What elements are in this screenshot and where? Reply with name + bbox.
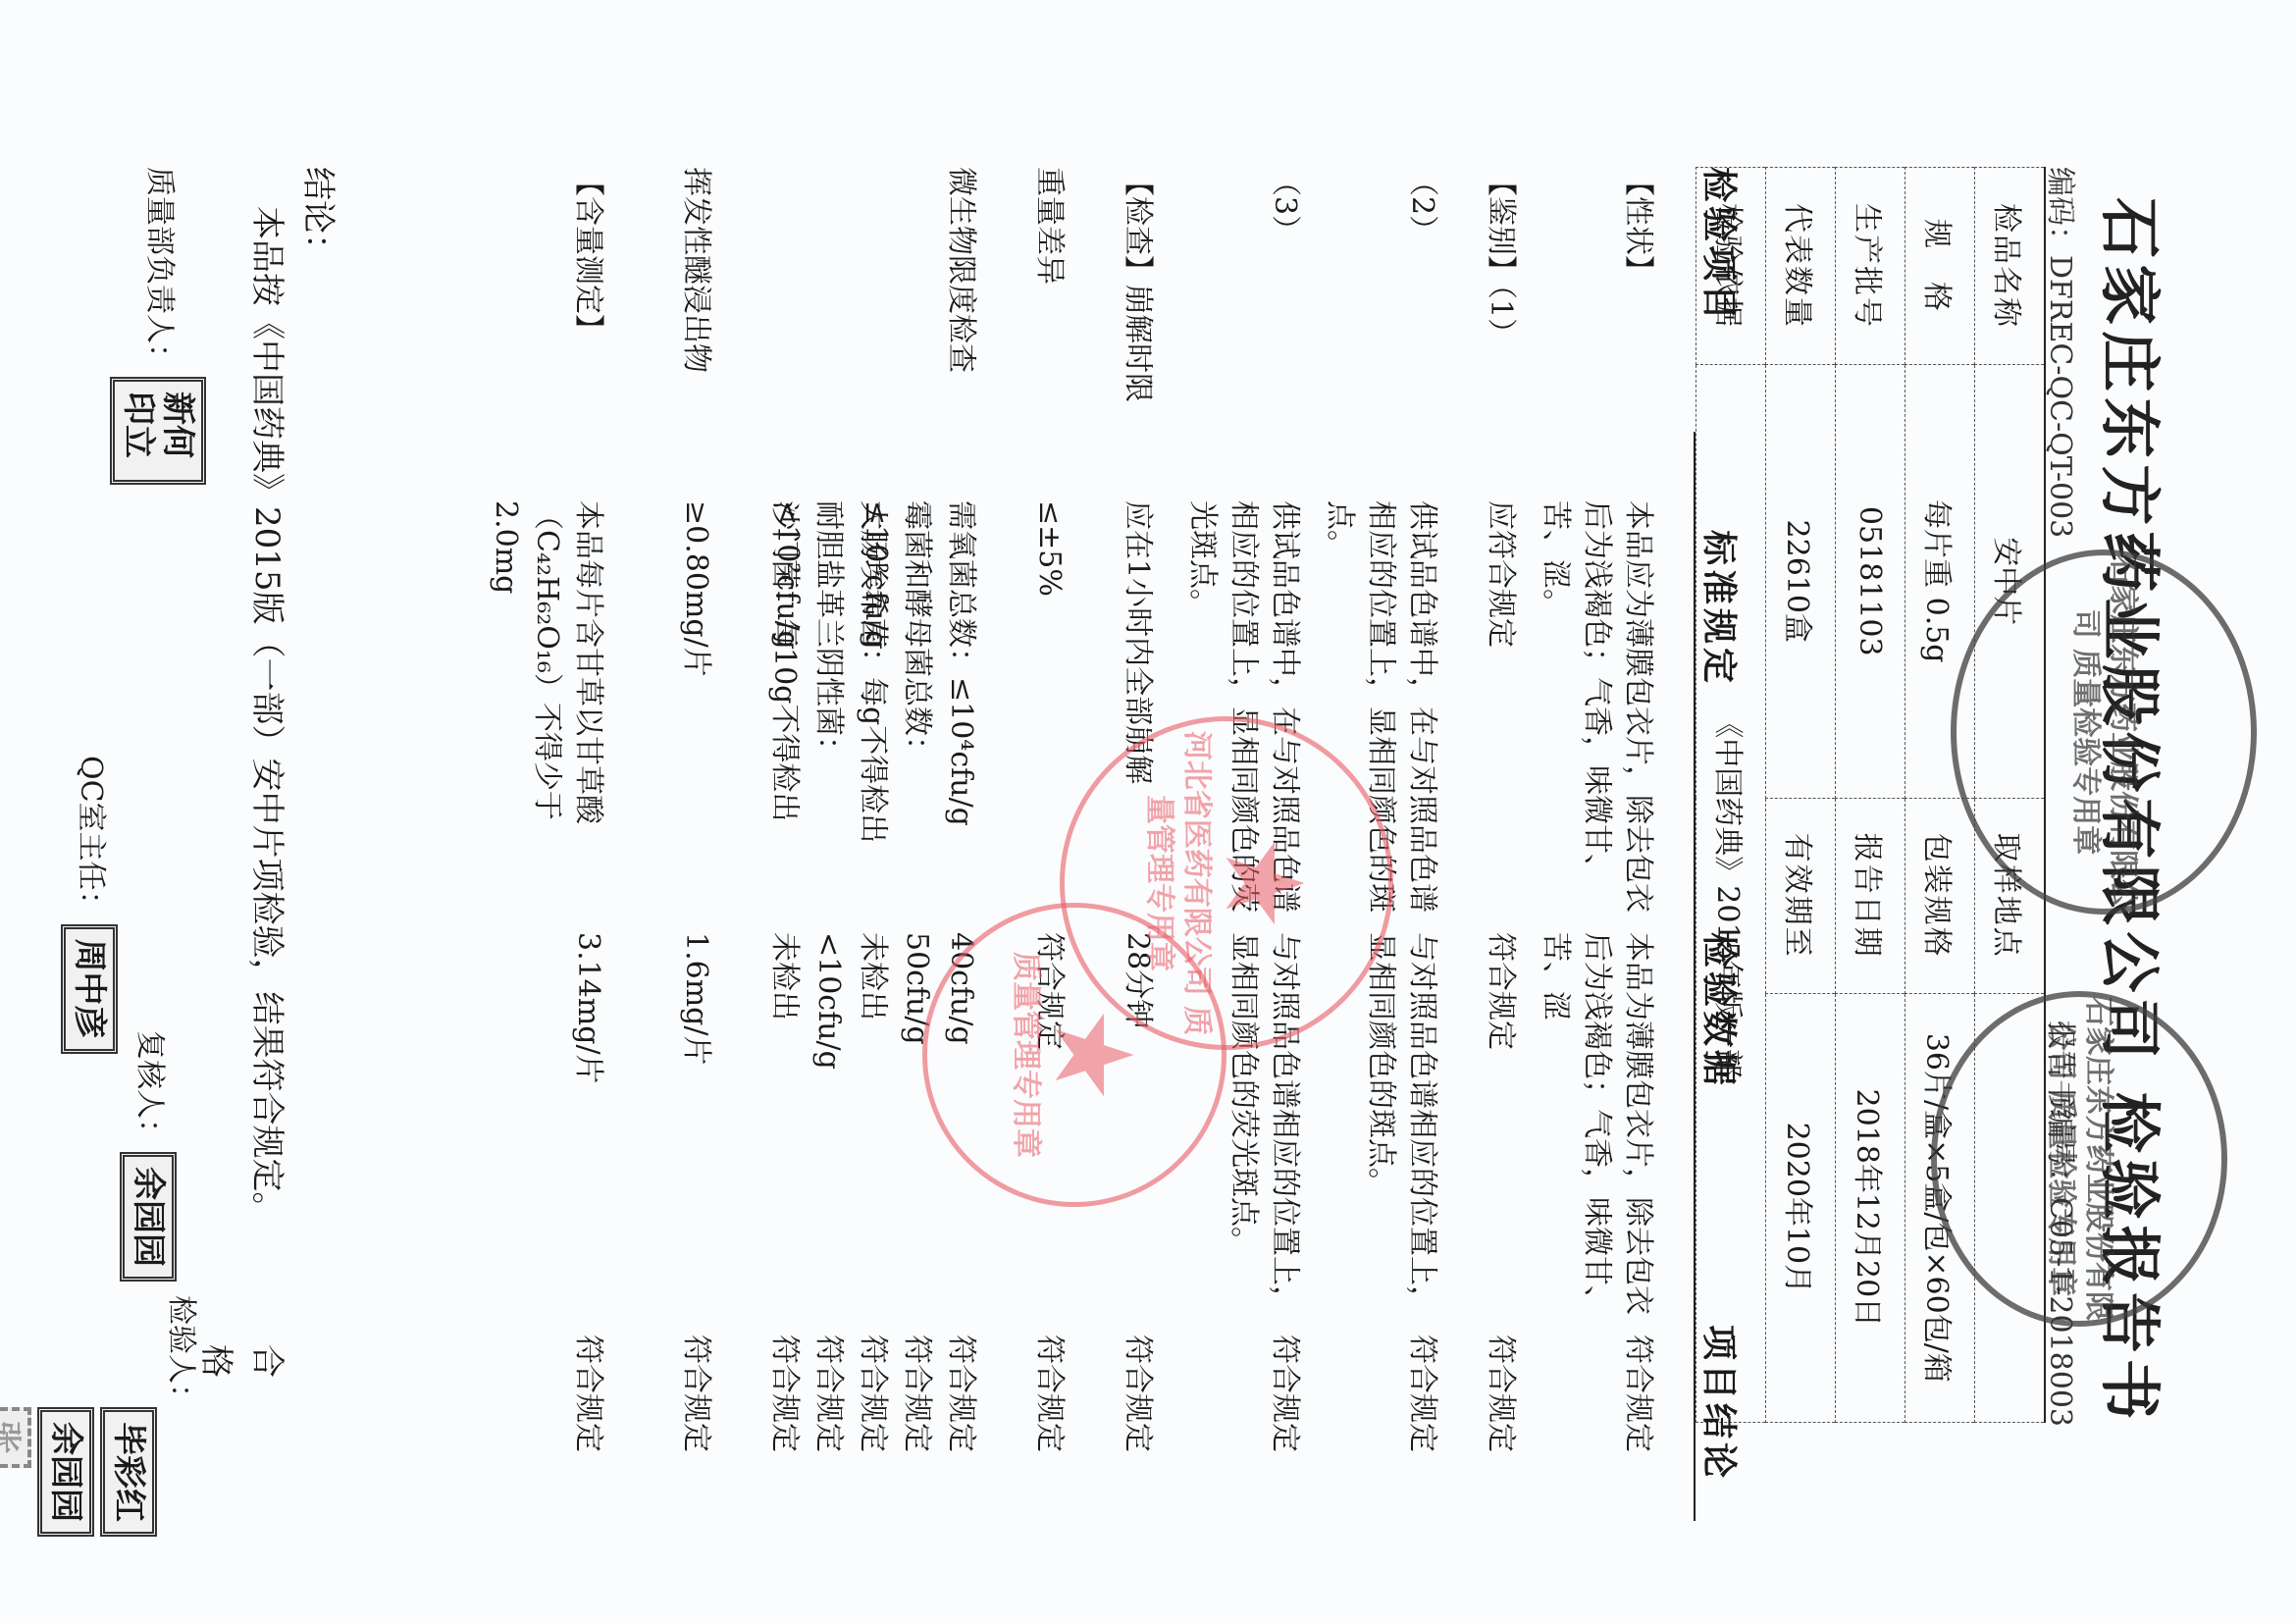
- test-data: 1.6mg/片: [675, 932, 716, 1325]
- test-item: 【性状】: [1617, 167, 1658, 510]
- test-item: 挥发性醚浸出物: [675, 167, 716, 510]
- test-standard: 本品每片含甘草以甘草酸（C₄₂H₆₂O₁₆）不得少于2.0mg: [485, 500, 608, 913]
- header-info-table: 检品名称 安中片 取样地点 规 格 每片重 0.5g 包装规格 36片/盒×5盒…: [1696, 167, 2046, 1423]
- test-data: 与对照品色谱相应的位置上，显相同颜色的荧光斑点。: [1223, 932, 1305, 1325]
- report-conclusion: 结论： 本品按《中国药典》2015版（一部）安中片项检验，结果符合规定。 合格: [241, 167, 343, 1226]
- test-item: 【含量测定】: [567, 167, 608, 510]
- header-row: 生产批号 05181103 报告日期 2018年12月20日: [1836, 168, 1905, 1423]
- test-standard: 应在1小时内全部崩解: [1117, 500, 1158, 913]
- conclusion-label: 结论：: [292, 167, 343, 1226]
- test-data: 3.14mg/片: [567, 932, 608, 1325]
- value-expiry: 2020年10月: [1766, 993, 1836, 1422]
- test-standard: 应符合规定: [1480, 500, 1521, 913]
- column-header-item: 检验项目: [1696, 167, 1747, 324]
- test-conclusion: 符合规定: [1028, 1335, 1070, 1531]
- document-code-label: 编码：: [2043, 167, 2077, 255]
- label-packaging: 包装规格: [1905, 798, 1975, 993]
- quality-head-seal: 新何印立: [110, 377, 206, 485]
- test-standard: 供试品色谱中，在与对照品色谱相应的位置上，显相同颜色的斑点。: [1319, 500, 1442, 913]
- test-data: 50cfu/g: [896, 932, 937, 1325]
- test-data: 40cfu/g: [940, 932, 981, 1325]
- inspector-seal: 张: [0, 1407, 31, 1468]
- test-item: 微生物限度检查: [940, 167, 981, 510]
- report-number-label: 报告书编号：: [2043, 1021, 2077, 1197]
- test-standard: 本品应为薄膜包衣片，除去包衣后为浅褐色；气香，味微甘、苦、涩。: [1535, 500, 1658, 913]
- label-specification: 规 格: [1905, 168, 1975, 365]
- test-conclusion: 符合规定: [567, 1335, 608, 1531]
- label-report-date: 报告日期: [1836, 798, 1905, 993]
- inspector-seal: 毕彩红: [100, 1407, 157, 1537]
- test-conclusion: 符合规定: [1401, 1335, 1442, 1531]
- reviewer-seal: 余园园: [120, 1152, 177, 1282]
- report-title: 石家庄东方药业股份有限公司 检验报告书: [2091, 0, 2178, 1623]
- document-code: 编码：DFREC-QC-QT-003: [2042, 167, 2085, 538]
- header-row: 规 格 每片重 0.5g 包装规格 36片/盒×5盒/包×60包/箱: [1905, 168, 1975, 1423]
- value-specification: 每片重 0.5g: [1905, 364, 1975, 798]
- test-item: 重量差异: [1028, 167, 1070, 510]
- test-conclusion: 符合规定: [852, 1335, 893, 1531]
- quality-head-label: 质量部负责人：: [142, 167, 177, 373]
- test-standard: 沙门菌：每10g不得检出: [763, 500, 805, 913]
- header-row: 代表数量 22610盒 有效期至 2020年10月: [1766, 168, 1836, 1423]
- qc-director-signature: QC室主任：周中彦: [61, 756, 118, 1054]
- test-item: 【检查】崩解时限: [1117, 167, 1158, 510]
- test-conclusion: 符合规定: [1264, 1335, 1305, 1531]
- test-data: 28分钟: [1117, 932, 1158, 1325]
- test-item: （2）: [1401, 167, 1442, 510]
- reviewer-signature: 复核人：余园园: [120, 1030, 177, 1282]
- label-quantity: 代表数量: [1766, 168, 1836, 365]
- column-header-conclusion: 项目结论: [1696, 1325, 1747, 1482]
- label-batch-number: 生产批号: [1836, 168, 1905, 365]
- test-conclusion: 符合规定: [763, 1335, 805, 1531]
- test-item: （3）: [1264, 167, 1305, 510]
- column-header-standard: 标准规定: [1696, 530, 1747, 687]
- reviewer-label: 复核人：: [132, 1030, 167, 1148]
- test-data: 符合规定: [1028, 932, 1070, 1325]
- test-conclusion: 符合规定: [1617, 1335, 1658, 1531]
- divider: [1694, 432, 1696, 1521]
- test-conclusion: 符合规定: [1117, 1335, 1158, 1531]
- inspection-report-page: 石家庄东方药业股份有限公司 检验报告书 编码：DFREC-QC-QT-003 报…: [0, 0, 2296, 1623]
- test-conclusion: 符合规定: [940, 1335, 981, 1531]
- test-data: 未检出: [763, 932, 805, 1325]
- value-batch-number: 05181103: [1836, 364, 1905, 798]
- header-row: 检验依据 《中国药典》2015年版一部: [1696, 168, 1766, 1423]
- test-standard: ≤±5%: [1028, 500, 1070, 913]
- inspector-seal: 余园园: [37, 1407, 94, 1537]
- test-conclusion: 符合规定: [808, 1335, 849, 1531]
- value-report-date: 2018年12月20日: [1836, 993, 1905, 1422]
- value-quantity: 22610盒: [1766, 364, 1836, 798]
- quality-head-signature: 质量部负责人：新何印立: [110, 167, 206, 485]
- test-standard: 大肠埃希菌：每g不得检出: [852, 500, 893, 913]
- test-data: 本品为薄膜包衣片，除去包衣后为浅褐色；气香，味微甘、苦、涩: [1535, 932, 1658, 1325]
- test-data: <10cfu/g: [808, 932, 849, 1325]
- conclusion-text: 本品按《中国药典》2015版（一部）安中片项检验，结果符合规定。: [241, 167, 292, 1226]
- test-data: 未检出: [852, 932, 893, 1325]
- test-data: 与对照品色谱相应的位置上，显相同颜色的斑点。: [1360, 932, 1442, 1325]
- test-standard: 供试品色谱中，在与对照品色谱相应的位置上，显相同颜色的荧光斑点。: [1181, 500, 1305, 913]
- test-conclusion: 符合规定: [896, 1335, 937, 1531]
- label-product-name: 检品名称: [1975, 168, 2046, 365]
- value-packaging: 36片/盒×5盒/包×60包/箱: [1905, 993, 1975, 1422]
- test-conclusion: 符合规定: [1480, 1335, 1521, 1531]
- qc-director-label: QC室主任：: [74, 756, 108, 920]
- header-row: 检品名称 安中片 取样地点: [1975, 168, 2046, 1423]
- value-basis: 《中国药典》2015年版一部: [1696, 364, 1766, 1422]
- qc-director-seal: 周中彦: [61, 924, 118, 1054]
- inspector-label: 检验人：: [164, 1295, 198, 1413]
- test-item: 【鉴别】（1）: [1480, 167, 1521, 510]
- test-standard: 需氧菌总数：≤10⁴cfu/g: [940, 500, 981, 913]
- test-conclusion: 符合规定: [675, 1335, 716, 1531]
- column-header-data: 检验数据: [1696, 932, 1747, 1089]
- value-sampling-location: [1975, 993, 2046, 1422]
- test-data: 符合规定: [1480, 932, 1521, 1325]
- document-code-value: DFREC-QC-QT-003: [2043, 255, 2077, 538]
- label-expiry: 有效期至: [1766, 798, 1836, 993]
- report-number: 报告书编号：C05-1-2018003: [2042, 1021, 2085, 1427]
- label-sampling-location: 取样地点: [1975, 798, 2046, 993]
- inspector-signature: 检验人： 毕彩红 余园园 张: [0, 1295, 206, 1537]
- test-standard: ≥0.80mg/片: [675, 500, 716, 913]
- report-number-value: C05-1-2018003: [2043, 1197, 2077, 1427]
- value-product-name: 安中片: [1975, 364, 2046, 798]
